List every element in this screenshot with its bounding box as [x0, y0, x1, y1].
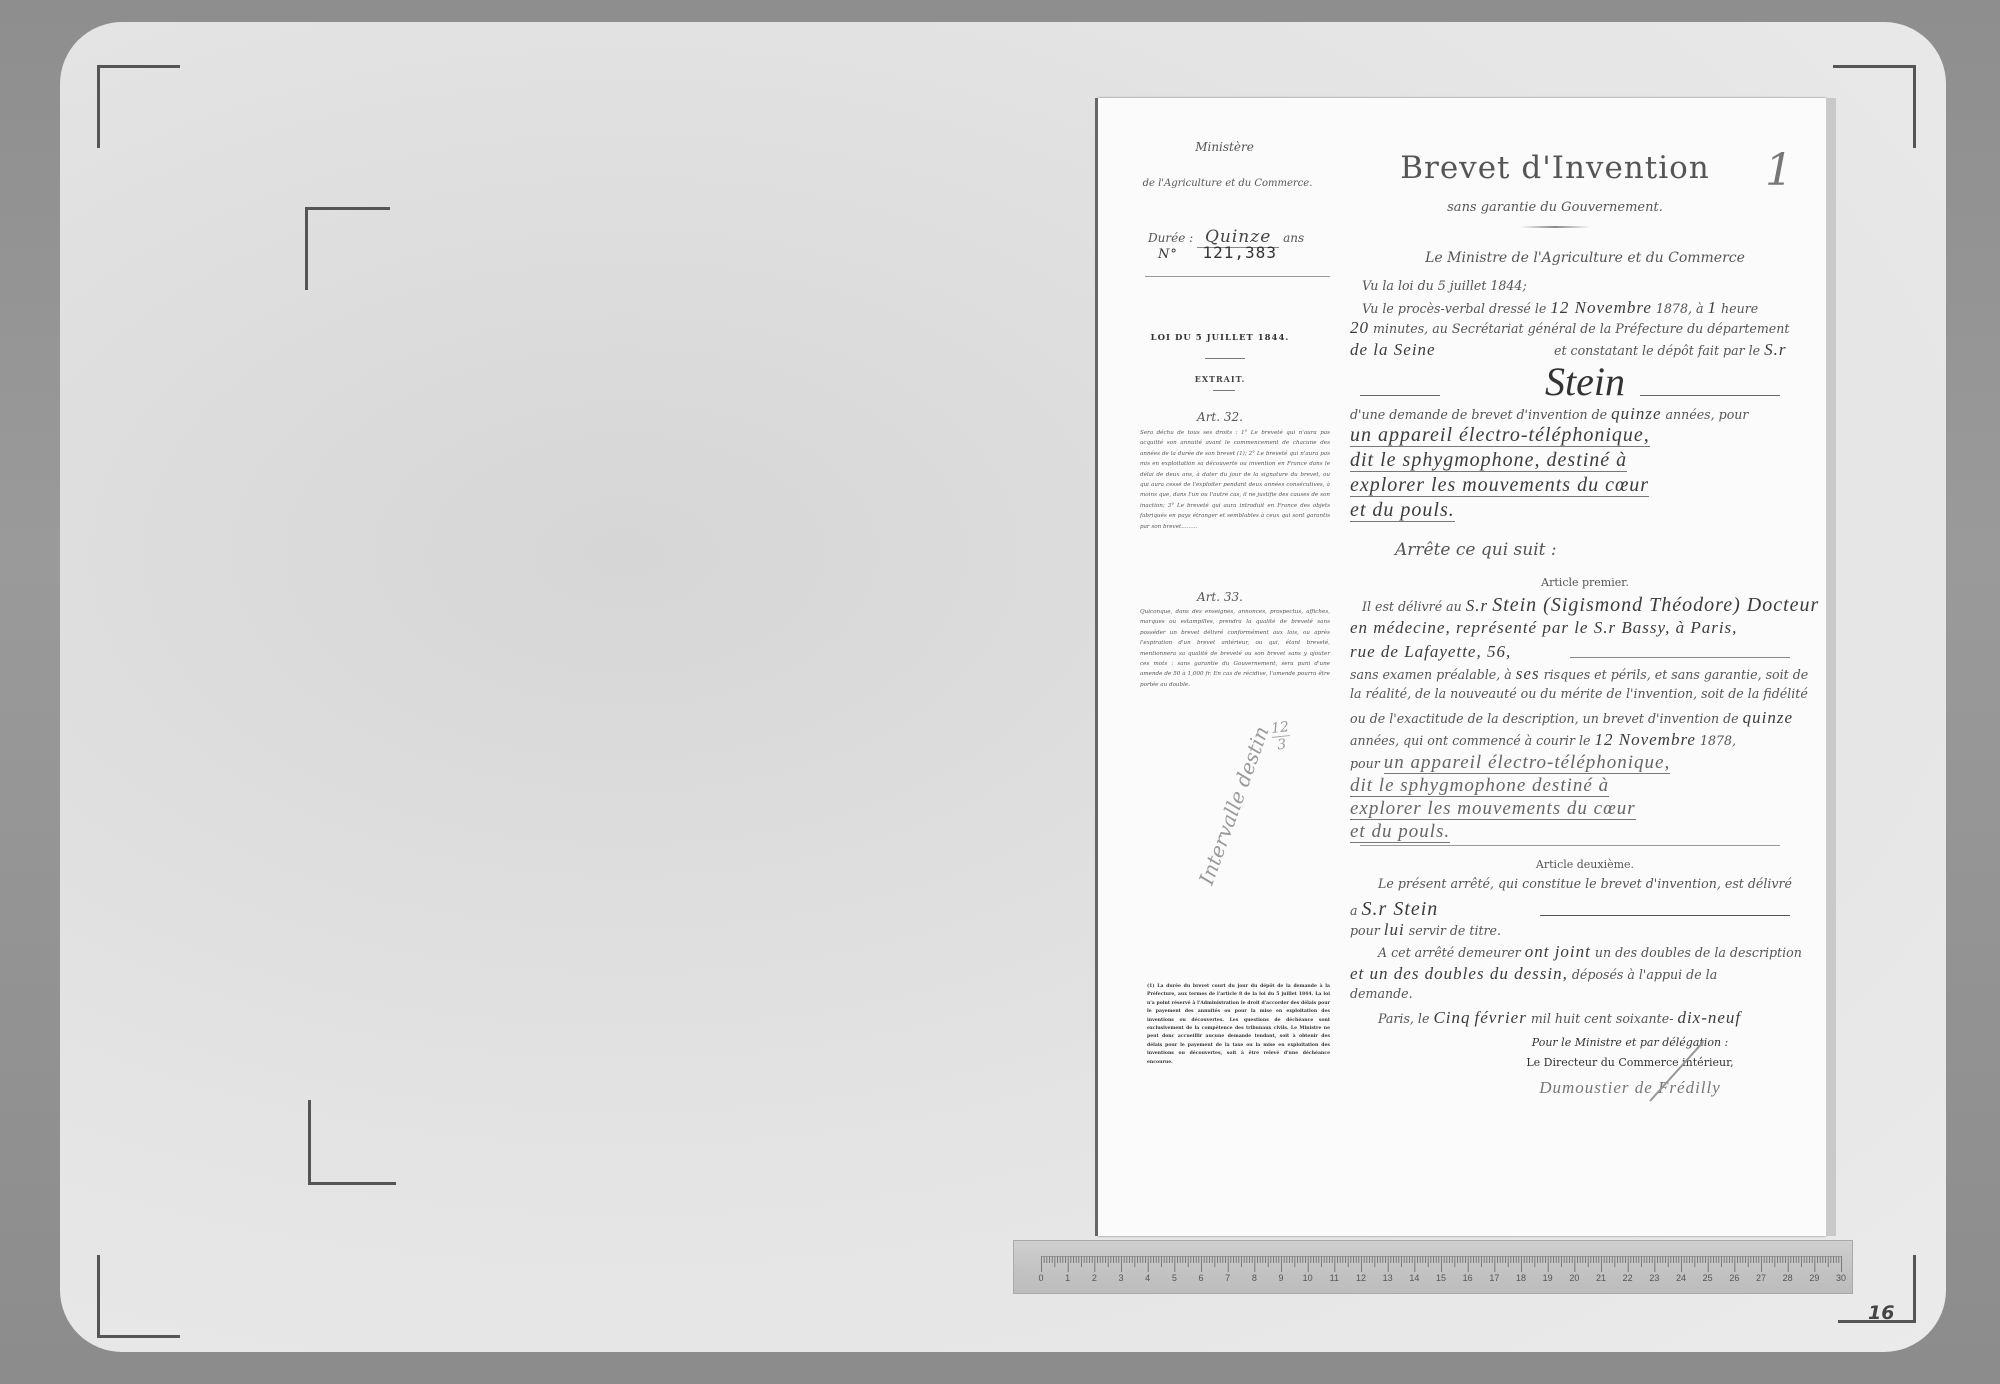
pencil-fraction-note: 12 3: [1270, 719, 1291, 754]
title-ornament: [1520, 226, 1590, 228]
art2-line2: a S.r Stein: [1350, 898, 1820, 921]
ruler-tick-label: 12: [1356, 1273, 1366, 1283]
art2-demande: demande.: [1350, 986, 1820, 1001]
art1-title: S.r: [1466, 596, 1488, 615]
ruler-tick-label: 18: [1516, 1273, 1526, 1283]
art1-invention-text: un appareil électro-téléphonique,: [1384, 752, 1670, 774]
art2-line3: pour lui servir de titre.: [1350, 920, 1820, 940]
art1-invention-line: explorer les mouvements du cœur: [1350, 798, 1820, 820]
extract-divider: [1213, 390, 1235, 391]
ruler-tick-label: 6: [1198, 1273, 1203, 1283]
request-suffix: années, pour: [1666, 407, 1749, 422]
art1-text-4: ou de l'exactitude de la description, un…: [1350, 711, 1739, 726]
patent-number: N° 121,383: [1158, 243, 1277, 262]
signoff-director: Le Directeur du Commerce intérieur,: [1440, 1056, 1820, 1069]
deposit-text: et constatant le dépôt fait par le: [1554, 343, 1760, 358]
art1-address: rue de Lafayette, 56,: [1350, 642, 1511, 661]
ruler-tick-label: 13: [1383, 1273, 1393, 1283]
vu-pv-prefix: Vu le procès-verbal dressé le: [1362, 301, 1546, 316]
invention-line: dit le sphygmophone, destiné à: [1350, 449, 1820, 472]
ruler-tick-label: 1: [1065, 1273, 1070, 1283]
art1-invention-line: dit le sphygmophone destiné à: [1350, 775, 1820, 797]
art1-invention-text: dit le sphygmophone destiné à: [1350, 775, 1609, 797]
ruler-tick-label: 15: [1436, 1273, 1446, 1283]
patent-number-label: N°: [1158, 247, 1178, 262]
director-signature: Dumoustier de Frédilly: [1440, 1078, 1820, 1098]
applicant-rule-right: [1640, 395, 1780, 396]
ruler-tick-label: 20: [1569, 1273, 1579, 1283]
article-2-heading: Article deuxième.: [1350, 858, 1820, 871]
ruler-tick-label: 28: [1783, 1273, 1793, 1283]
document-subtitle: sans garantie du Gouvernement.: [1385, 200, 1725, 215]
article-1-end-rule: [1360, 845, 1780, 846]
art1-invention-text: explorer les mouvements du cœur: [1350, 798, 1636, 820]
art1-text-line2: la réalité, de la nouveauté ou du mérite…: [1350, 686, 1820, 701]
art1-line2: en médecine, représenté par le S.r Bassy…: [1350, 618, 1820, 638]
sheet-shadow-edge: [1826, 98, 1836, 1236]
ruler-tick-label: 24: [1676, 1273, 1686, 1283]
ruler-ticks: [1041, 1256, 1853, 1272]
ruler-tick-label: 8: [1252, 1273, 1257, 1283]
art2-ont-joint: ont joint: [1525, 942, 1591, 961]
invention-line-text: et du pouls.: [1350, 499, 1455, 522]
ruler-tick-label: 4: [1145, 1273, 1150, 1283]
article-33-heading: Art. 33.: [1100, 590, 1340, 604]
deposit-line: de la Seine et constatant le dépôt fait …: [1350, 340, 1820, 360]
department-value: de la Seine: [1350, 340, 1510, 360]
minutes-value: 20: [1350, 318, 1369, 337]
ruler-tick-label: 25: [1703, 1273, 1713, 1283]
ruler-tick-label: 21: [1596, 1273, 1606, 1283]
art1-start-date: 12 Novembre: [1594, 730, 1696, 749]
extract-label: EXTRAIT.: [1100, 374, 1340, 384]
applicant-name: Stein: [1545, 359, 1625, 404]
art2-a: a: [1350, 903, 1358, 918]
fraction-bottom: 3: [1272, 735, 1292, 754]
ruler-tick-label: 30: [1836, 1273, 1846, 1283]
vu-pv-line: Vu le procès-verbal dressé le 12 Novembr…: [1362, 298, 1832, 318]
art2-line1: Le présent arrêté, qui constitue le brev…: [1378, 876, 1848, 891]
art2-servir: servir de titre.: [1409, 923, 1501, 938]
crop-mark-top-right-outer: [1833, 65, 1916, 148]
ruler-tick-label: 2: [1092, 1273, 1097, 1283]
art1-pour: pour: [1350, 756, 1384, 771]
signoff-delegation: Pour le Ministre et par délégation :: [1440, 1036, 1820, 1049]
deposit-title: S.r: [1764, 340, 1786, 359]
ruler-tick-label: 23: [1649, 1273, 1659, 1283]
art1-text-1: sans examen préalable, à: [1350, 667, 1512, 682]
crop-mark-top-left-inner: [305, 207, 390, 290]
sheet-number: 1: [1765, 145, 1793, 196]
duration-unit: ans: [1283, 231, 1304, 245]
article-32-heading: Art. 32.: [1100, 410, 1340, 424]
art2-text-2-suffix: un des doubles de la description: [1595, 945, 1802, 960]
request-prefix: d'une demande de brevet d'invention de: [1350, 407, 1607, 422]
ruler-tick-label: 10: [1303, 1273, 1313, 1283]
ruler-tick-label: 3: [1118, 1273, 1123, 1283]
vu-loi-line: Vu la loi du 5 juillet 1844;: [1362, 278, 1832, 293]
vu-pv-year: 1878, à: [1656, 301, 1704, 316]
law-footnote: (1) La durée du brevet court du jour du …: [1147, 983, 1330, 1067]
article-1-heading: Article premier.: [1350, 576, 1820, 589]
ruler-tick-label: 14: [1409, 1273, 1419, 1283]
patent-number-value: 121,383: [1203, 243, 1277, 262]
request-line: d'une demande de brevet d'invention de q…: [1350, 404, 1820, 424]
art2-pour: pour: [1350, 923, 1380, 938]
art1-text-2: risques et périls, et sans garantie, soi…: [1544, 667, 1809, 682]
art2-hand-line: et un des doubles du dessin,: [1350, 964, 1568, 983]
art2-name: S.r Stein: [1362, 898, 1439, 920]
paris-year-hand: dix-neuf: [1677, 1008, 1741, 1027]
scan-page-number: 16: [1868, 1302, 1894, 1324]
vu-pv-date: 12 Novembre: [1550, 298, 1652, 317]
art1-duration: quinze: [1743, 708, 1793, 727]
request-duration: quinze: [1611, 404, 1661, 423]
art1-line3: rue de Lafayette, 56,: [1350, 642, 1820, 662]
paris-prefix: Paris, le: [1378, 1011, 1429, 1026]
ruler-tick-label: 29: [1809, 1273, 1819, 1283]
invention-line-text: un appareil électro-téléphonique,: [1350, 424, 1650, 447]
ministry-divider: [1145, 276, 1330, 277]
art1-representative: en médecine, représenté par le S.r Bassy…: [1350, 618, 1737, 637]
ruler-tick-label: 9: [1278, 1273, 1283, 1283]
article-33-text: Quiconque, dans des enseignes, annonces,…: [1140, 607, 1330, 690]
invention-line: un appareil électro-téléphonique,: [1350, 424, 1820, 447]
ruler-tick-label: 0: [1038, 1273, 1043, 1283]
invention-line: et du pouls.: [1350, 499, 1820, 522]
art1-text-5: années, qui ont commencé à courir le: [1350, 733, 1590, 748]
art2-line5: et un des doubles du dessin, déposés à l…: [1350, 964, 1820, 984]
invention-line-text: dit le sphygmophone, destiné à: [1350, 449, 1627, 472]
ministry-title: Ministère: [1142, 140, 1307, 154]
measurement-ruler: 0123456789101112131415161718192021222324…: [1013, 1240, 1853, 1294]
law-divider: [1205, 358, 1245, 359]
invention-line-text: explorer les mouvements du cœur: [1350, 474, 1649, 497]
address-rule: [1570, 657, 1790, 658]
ruler-tick-label: 7: [1225, 1273, 1230, 1283]
art1-start-year: 1878,: [1700, 733, 1736, 748]
art1-ses: ses: [1516, 664, 1540, 683]
ministry-subtitle: de l'Agriculture et du Commerce.: [1120, 178, 1335, 189]
signature-text: Dumoustier de Frédilly: [1539, 1078, 1721, 1097]
art1-prefix: Il est délivré au: [1362, 599, 1462, 614]
ruler-labels: 0123456789101112131415161718192021222324…: [1041, 1273, 1853, 1287]
art1-text-line1: sans examen préalable, à ses risques et …: [1350, 664, 1820, 684]
art2-text-2-prefix: A cet arrêté demeurer: [1378, 945, 1521, 960]
paris-year-text: mil huit cent soixante-: [1531, 1011, 1674, 1026]
ruler-tick-label: 17: [1489, 1273, 1499, 1283]
minutes-text: minutes, au Secrétariat général de la Pr…: [1373, 321, 1789, 336]
ruler-tick-label: 11: [1330, 1273, 1339, 1283]
invention-line: explorer les mouvements du cœur: [1350, 474, 1820, 497]
ruler-tick-label: 26: [1729, 1273, 1739, 1283]
art2-lui: lui: [1384, 920, 1405, 939]
ruler-tick-label: 27: [1756, 1273, 1766, 1283]
vu-pv-hour: 1: [1708, 298, 1718, 317]
arrete-line: Arrête ce qui suit :: [1395, 540, 1865, 560]
art1-invention-line: et du pouls.: [1350, 821, 1820, 843]
crop-mark-bottom-left-outer: [97, 1255, 180, 1338]
art1-name: Stein (Sigismond Théodore) Docteur: [1492, 594, 1819, 616]
paris-month: février: [1475, 1008, 1527, 1027]
art2-name-rule: [1540, 915, 1790, 916]
art1-text-line4: années, qui ont commencé à courir le 12 …: [1350, 730, 1820, 750]
paris-date-line: Paris, le Cinq février mil huit cent soi…: [1378, 1008, 1848, 1028]
crop-mark-top-left-outer: [97, 65, 180, 148]
law-title: LOI DU 5 JUILLET 1844.: [1100, 333, 1340, 343]
ruler-tick-label: 5: [1172, 1273, 1177, 1283]
ruler-tick-label: 19: [1543, 1273, 1553, 1283]
art2-text-3: déposés à l'appui de la: [1572, 967, 1717, 982]
art2-line4: A cet arrêté demeurer ont joint un des d…: [1378, 942, 1848, 962]
fraction-top: 12: [1270, 719, 1289, 737]
ruler-tick-label: 22: [1623, 1273, 1633, 1283]
art1-invention-text: et du pouls.: [1350, 821, 1450, 843]
paris-day: Cinq: [1433, 1008, 1470, 1027]
vu-pv-hour-suffix: heure: [1721, 301, 1758, 316]
ruler-tick-label: 16: [1463, 1273, 1473, 1283]
minutes-line: 20 minutes, au Secrétariat général de la…: [1350, 318, 1820, 338]
applicant-rule-left: [1360, 395, 1440, 396]
art1-recipient-line: Il est délivré au S.r Stein (Sigismond T…: [1362, 594, 1832, 617]
art1-invention-line: pour un appareil électro-téléphonique,: [1350, 752, 1820, 774]
crop-mark-bottom-left-inner: [308, 1100, 396, 1185]
document-title: Brevet d'Invention: [1385, 150, 1725, 186]
article-32-text: Sera déchu de tous ses droits : 1° Le br…: [1140, 428, 1330, 532]
applicant-line: Stein: [1350, 358, 1820, 405]
art1-text-line3: ou de l'exactitude de la description, un…: [1350, 708, 1820, 728]
minister-line: Le Ministre de l'Agriculture et du Comme…: [1350, 250, 1820, 266]
